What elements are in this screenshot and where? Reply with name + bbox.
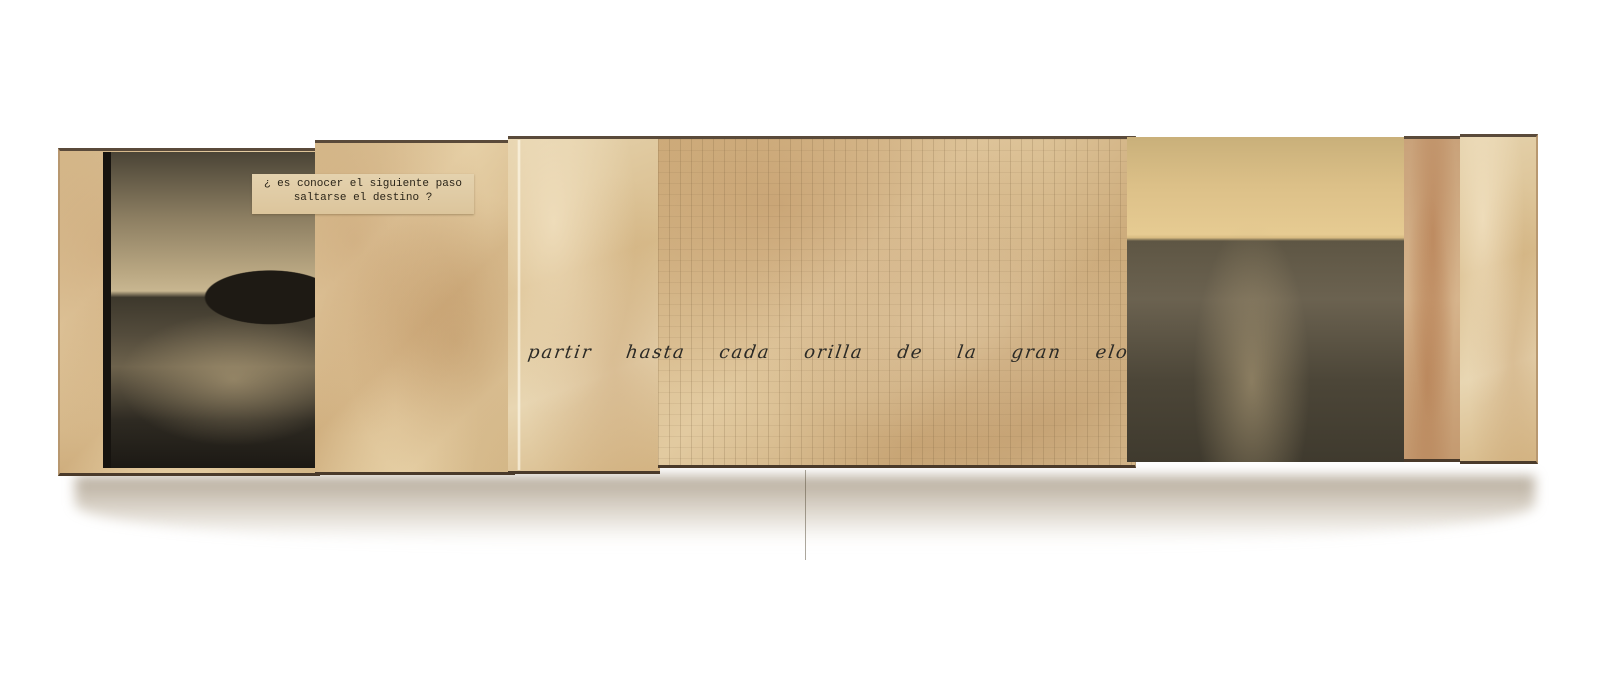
artwork-scene: ¿ es conocer el siguiente paso saltarse … (0, 0, 1618, 700)
panel-3-paper (508, 136, 660, 474)
paper-crease (517, 140, 521, 470)
road-photograph (1127, 137, 1412, 462)
panel-4-graph-paper (658, 136, 1136, 468)
handwritten-text: partir hasta cada orilla de la gran eloc… (527, 342, 1205, 363)
typed-label-line-1: ¿ es conocer el siguiente paso (258, 177, 468, 191)
typed-label-line-2: saltarse el destino ? (258, 191, 468, 205)
panel-6-strip-right (1460, 134, 1538, 464)
typed-label: ¿ es conocer el siguiente paso saltarse … (252, 174, 474, 214)
shadow-fold-line (805, 470, 806, 560)
panel-6-strip-left (1404, 136, 1462, 462)
